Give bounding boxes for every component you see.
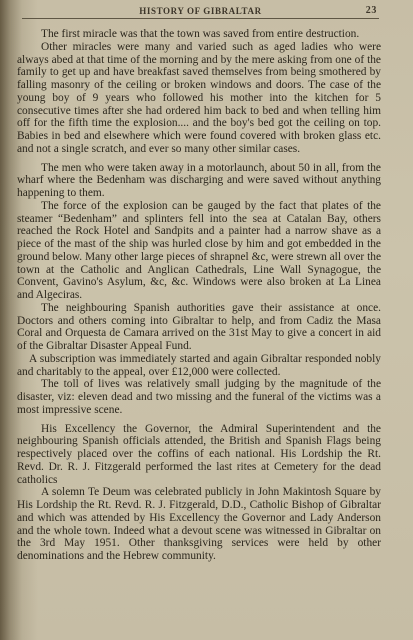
page-body: The first miracle was that the town was … <box>17 28 381 563</box>
running-title: HISTORY OF GIBRALTAR <box>22 6 379 16</box>
paragraph-toll-of-lives: The toll of lives was relatively small j… <box>17 378 381 416</box>
page-header: HISTORY OF GIBRALTAR 23 <box>22 4 379 19</box>
paragraph-other-miracles: Other miracles were many and varied such… <box>17 41 381 156</box>
paragraph-funeral: His Excellency the Governor, the Admiral… <box>17 423 381 487</box>
paragraph-explosion-force: The force of the explosion can be gauged… <box>17 200 381 302</box>
page-number: 23 <box>366 5 377 16</box>
paragraph-subscription: A subscription was immediately started a… <box>17 353 381 379</box>
book-page: HISTORY OF GIBRALTAR 23 The first miracl… <box>0 0 413 640</box>
paragraph-te-deum: A solemn Te Deum was celebrated publicly… <box>17 486 381 563</box>
paragraph-motorlaunch: The men who were taken away in a motorla… <box>17 162 381 200</box>
paragraph-spanish-authorities: The neighbouring Spanish authorities gav… <box>17 302 381 353</box>
paragraph-first-miracle: The first miracle was that the town was … <box>17 28 381 41</box>
